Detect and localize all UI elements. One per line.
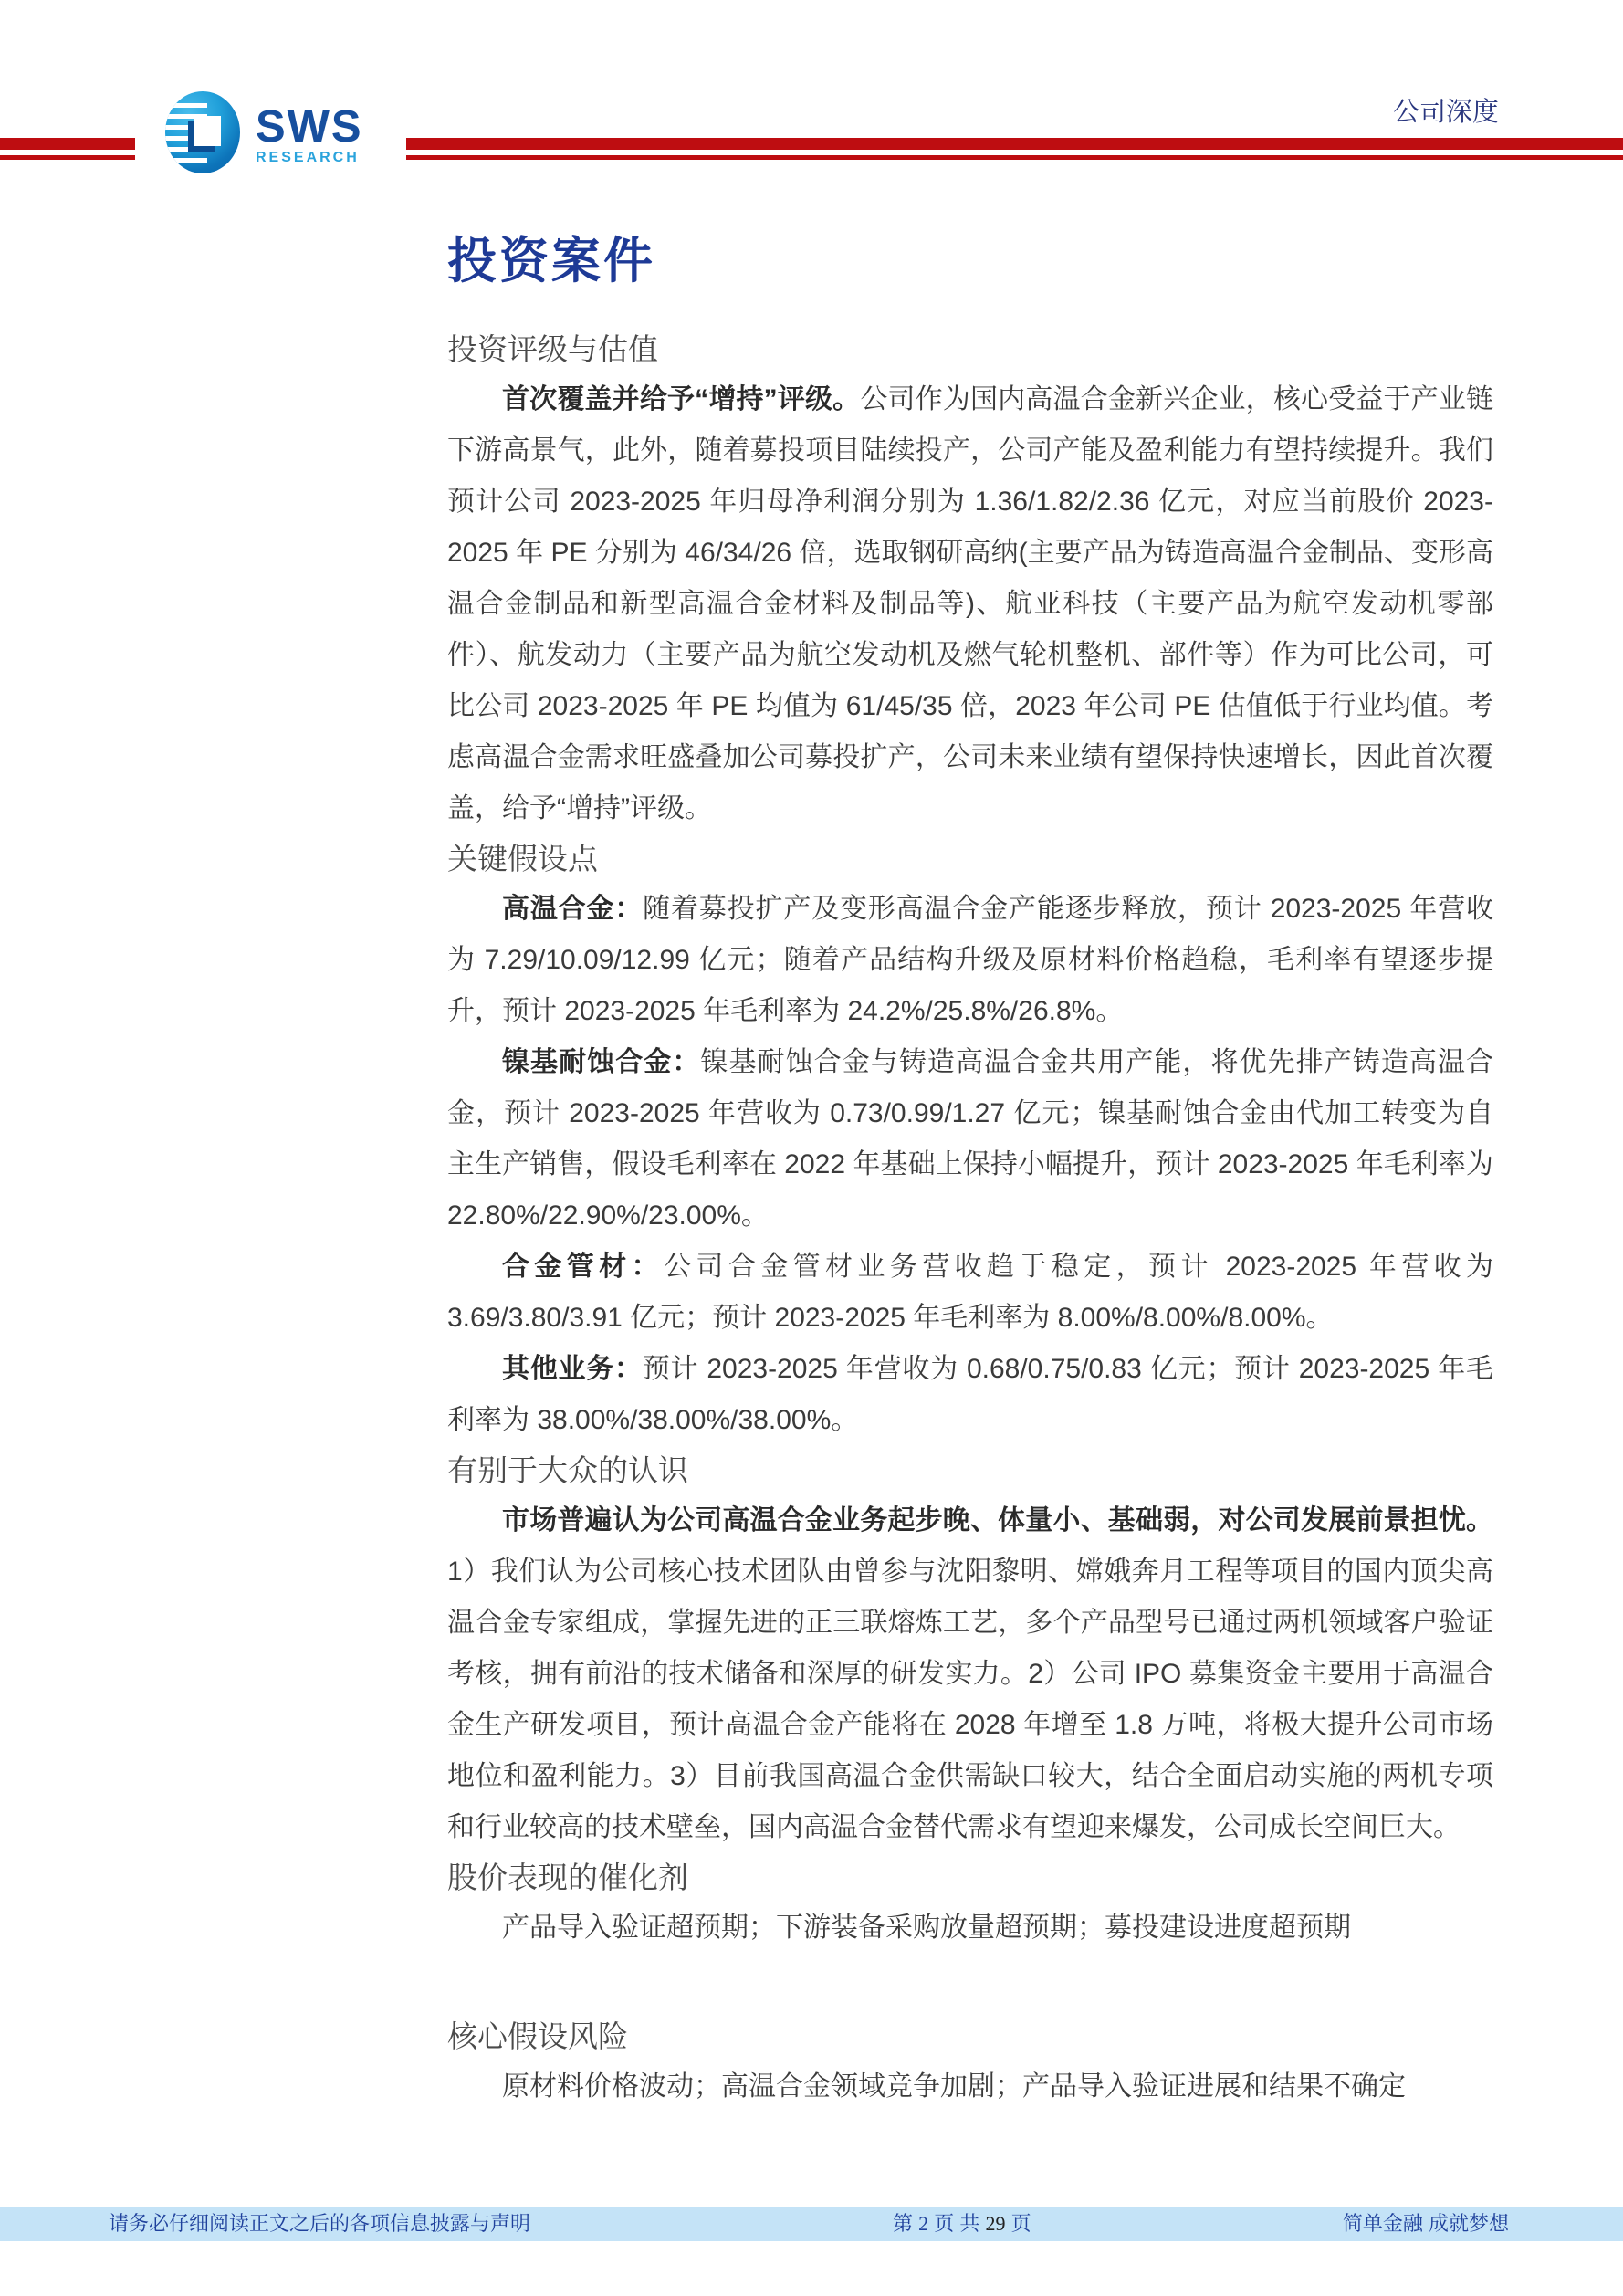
paragraph: 其他业务：预计 2023-2025 年营收为 0.68/0.75/0.83 亿元…: [447, 1344, 1493, 1446]
paragraph: 原材料价格波动；高温合金领域竞争加剧；产品导入验证进展和结果不确定: [447, 2061, 1493, 2113]
paragraph-text: 原材料价格波动；高温合金领域竞争加剧；产品导入验证进展和结果不确定: [502, 2071, 1406, 2102]
section-heading-assumptions: 关键假设点: [447, 834, 1493, 884]
paragraph-lead: 镍基耐蚀合金：: [502, 1047, 700, 1077]
footer-bar: 请务必仔细阅读正文之后的各项信息披露与声明 第 2 页 共 29 页 简单金融 …: [0, 2207, 1623, 2241]
paragraph-lead: 其他业务：: [502, 1354, 643, 1384]
section-heading-differentiated-view: 有别于大众的认识: [447, 1446, 1493, 1495]
header-rule-thin-right: [406, 155, 1623, 160]
report-page: SWS RESEARCH 公司深度 投资案件 投资评级与估值 首次覆盖并给予“增…: [0, 0, 1623, 2296]
logo-subtitle: RESEARCH: [256, 150, 363, 166]
logo-text: SWS RESEARCH: [256, 91, 363, 166]
header-rule-thick-right: [406, 138, 1623, 150]
page-title: 投资案件: [447, 230, 1493, 292]
paragraph-text: 1）我们认为公司核心技术团队由曾参与沈阳黎明、嫦娥奔月工程等项目的国内顶尖高温合…: [447, 1557, 1493, 1842]
report-type-label: 公司深度: [1393, 91, 1499, 129]
total-page-number: 29: [985, 2212, 1005, 2235]
paragraph: 合金管材：公司合金管材业务营收趋于稳定，预计 2023-2025 年营收为 3.…: [447, 1242, 1493, 1344]
report-body: 投资案件 投资评级与估值 首次覆盖并给予“增持”评级。公司作为国内高温合金新兴企…: [447, 230, 1493, 2113]
paragraph-lead: 首次覆盖并给予“增持”评级。: [502, 384, 860, 414]
footer-slogan: 简单金融 成就梦想: [1343, 2207, 1509, 2241]
page-label-suffix: 页: [1005, 2212, 1031, 2235]
section-heading-rating: 投资评级与估值: [447, 325, 1493, 374]
section-heading-catalysts: 股价表现的催化剂: [447, 1853, 1493, 1903]
paragraph: 高温合金：随着募投扩产及变形高温合金产能逐步释放，预计 2023-2025 年营…: [447, 884, 1493, 1037]
footer-disclaimer: 请务必仔细阅读正文之后的各项信息披露与声明: [109, 2207, 530, 2241]
footer-page-indicator: 第 2 页 共 29 页: [893, 2207, 1031, 2241]
paragraph-lead: 市场普遍认为公司高温合金业务起步晚、体量小、基础弱，对公司发展前景担忧。: [502, 1505, 1493, 1536]
section-heading-risks: 核心假设风险: [447, 2012, 1493, 2061]
paragraph: 产品导入验证超预期；下游装备采购放量超预期；募投建设进度超预期: [447, 1903, 1493, 1954]
paragraph: 市场普遍认为公司高温合金业务起步晚、体量小、基础弱，对公司发展前景担忧。1）我们…: [447, 1495, 1493, 1853]
header-rule-thick-left: [0, 138, 135, 150]
sws-logo: SWS RESEARCH: [165, 91, 363, 173]
paragraph: 镍基耐蚀合金：镍基耐蚀合金与铸造高温合金共用产能，将优先排产铸造高温合金，预计 …: [447, 1037, 1493, 1242]
paragraph-lead: 高温合金：: [502, 894, 643, 924]
globe-door: [194, 116, 221, 146]
paragraph-text: 公司作为国内高温合金新兴企业，核心受益于产业链下游高景气，此外，随着募投项目陆续…: [447, 384, 1493, 823]
paragraph-text: 产品导入验证超预期；下游装备采购放量超预期；募投建设进度超预期: [502, 1913, 1351, 1943]
current-page-number: 2: [918, 2212, 928, 2235]
page-label-prefix: 第: [893, 2212, 918, 2235]
header-rule-thin-left: [0, 155, 135, 160]
sws-globe-icon: [165, 91, 240, 173]
page-label-middle: 页 共: [928, 2212, 985, 2235]
paragraph: 首次覆盖并给予“增持”评级。公司作为国内高温合金新兴企业，核心受益于产业链下游高…: [447, 374, 1493, 834]
logo-brand: SWS: [256, 108, 363, 146]
paragraph-lead: 合金管材：: [502, 1252, 664, 1282]
